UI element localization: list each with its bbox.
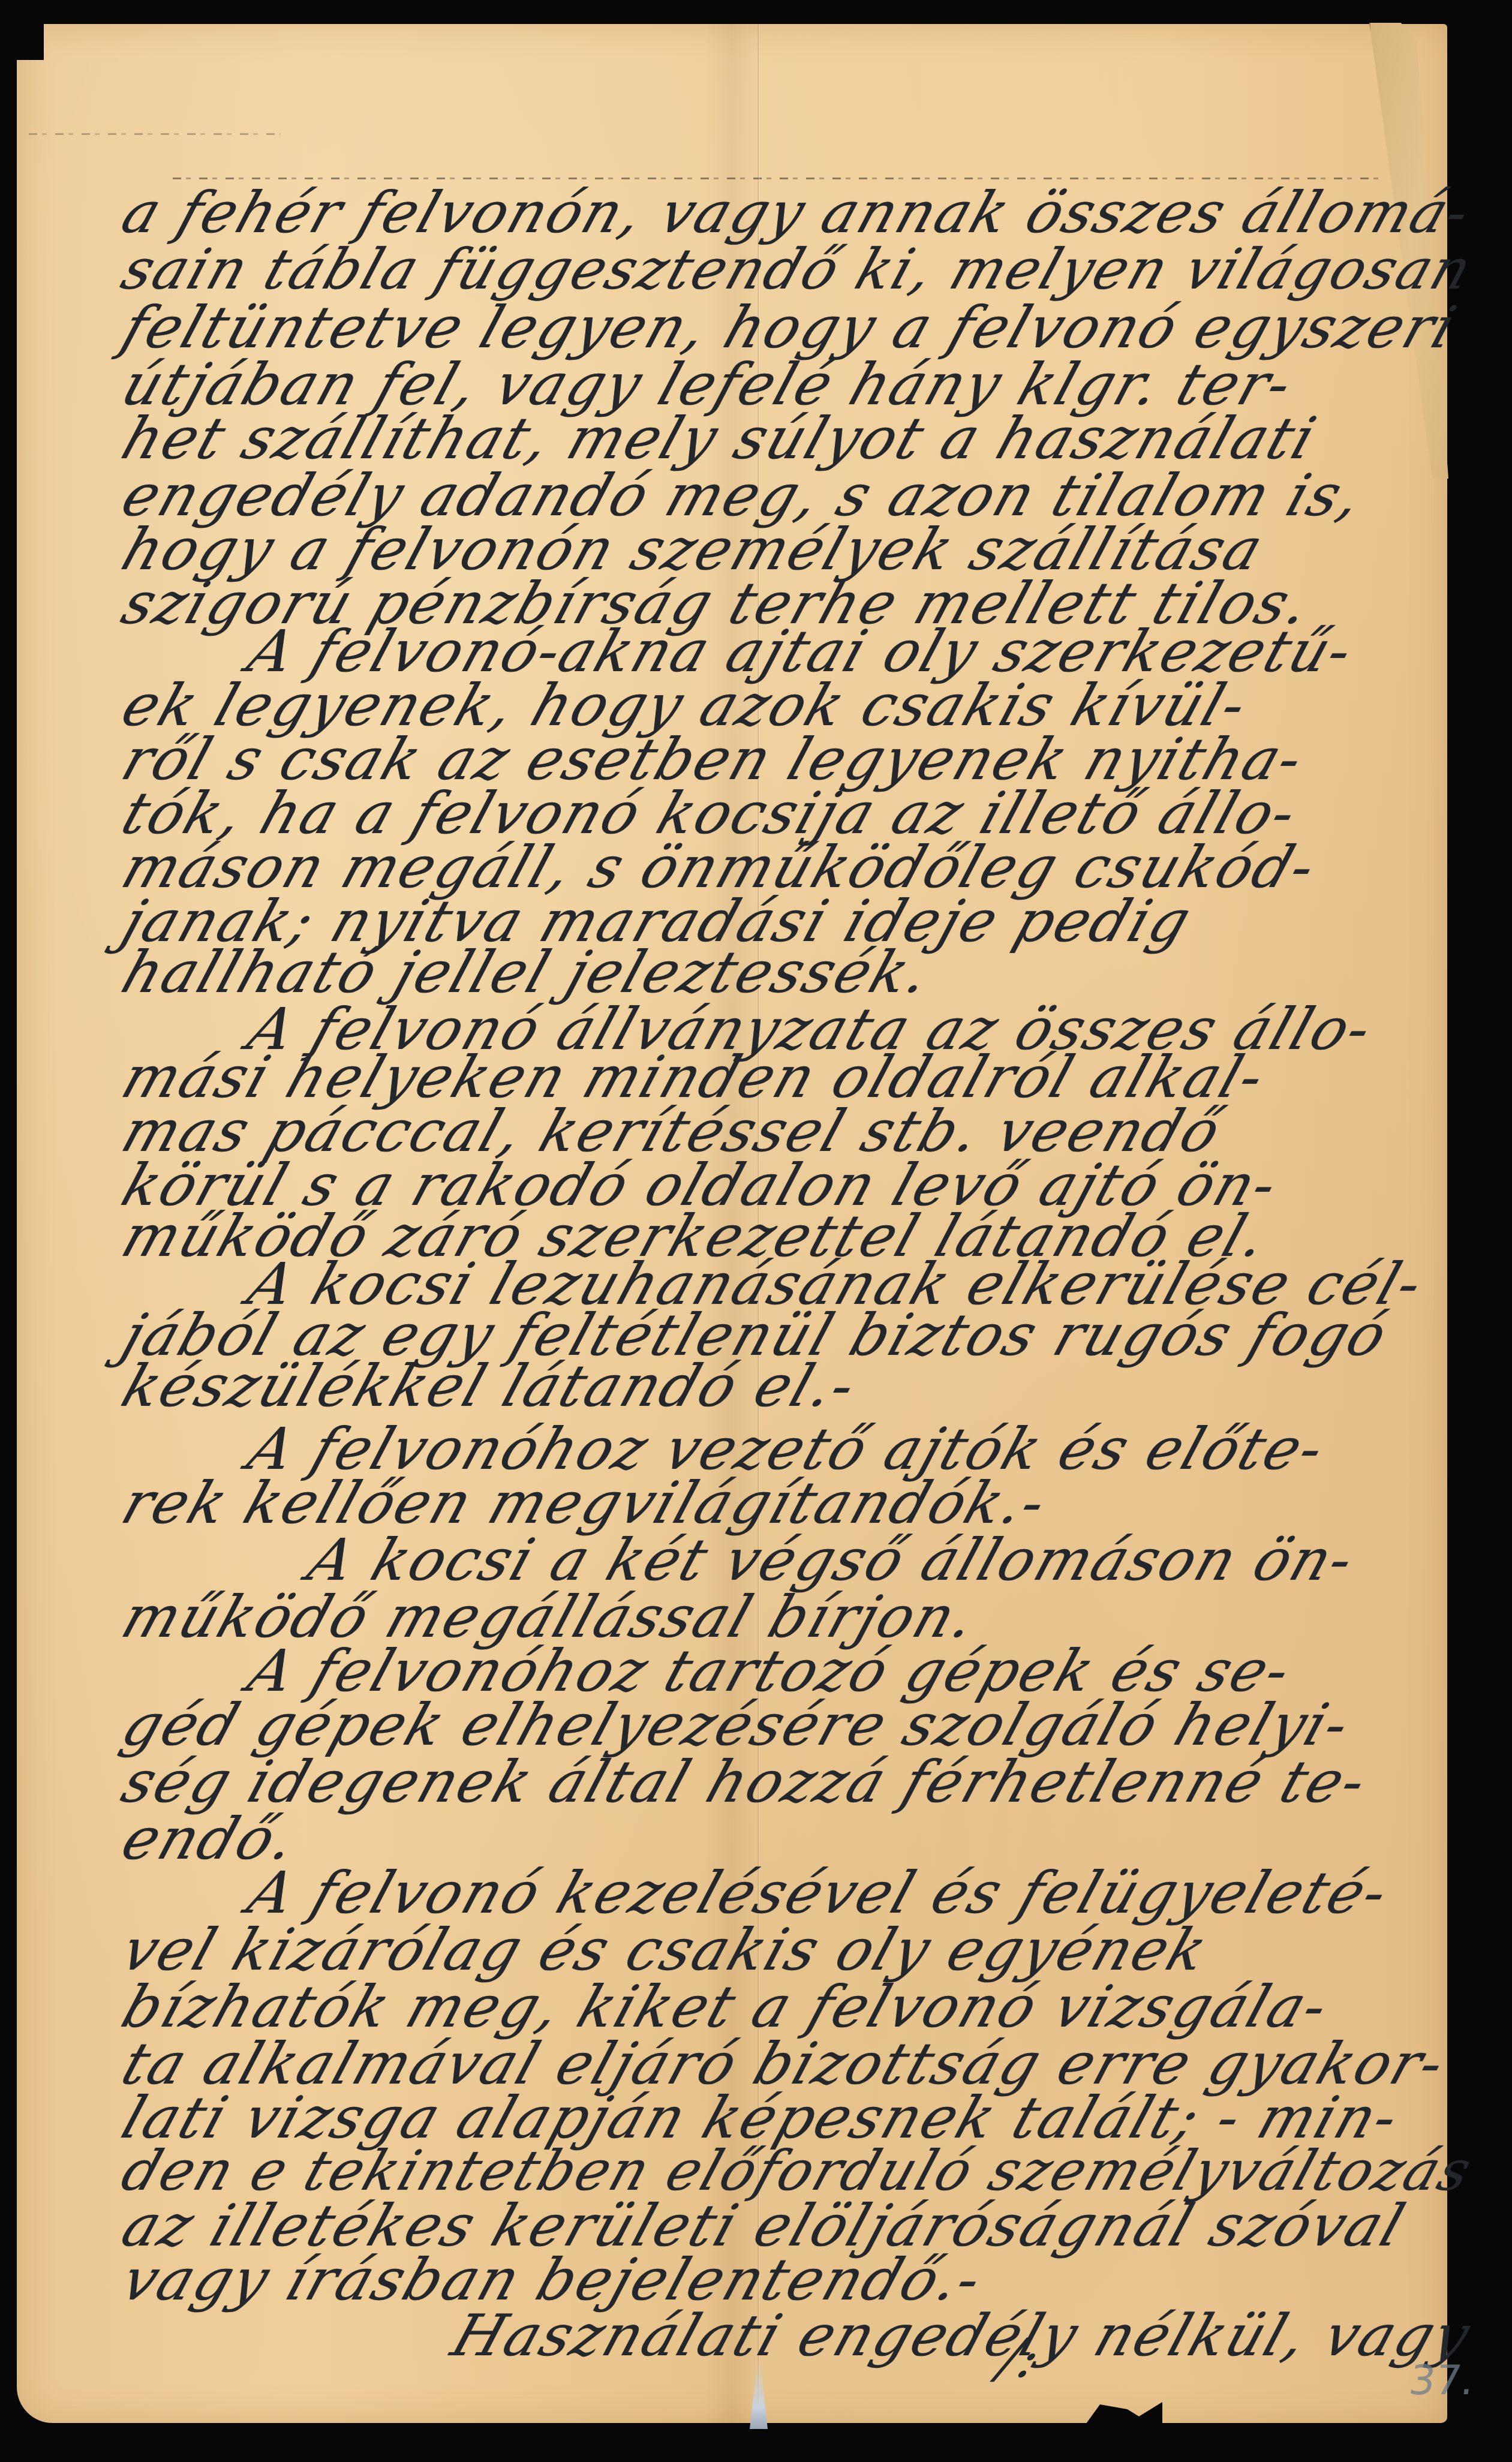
page-number: 37. [1406, 2357, 1477, 2404]
text-line: sain tábla függesztendő ki, melyen világ… [114, 237, 1481, 302]
text-line: Használati engedély nélkül, vagy [444, 2303, 1480, 2369]
text-line: a fehér felvonón, vagy annak összes állo… [114, 180, 1480, 246]
handwritten-text: a fehér felvonón, vagy annak összes állo… [0, 0, 1512, 2462]
text-line: készülékkel látandó el.- [114, 1352, 865, 1420]
